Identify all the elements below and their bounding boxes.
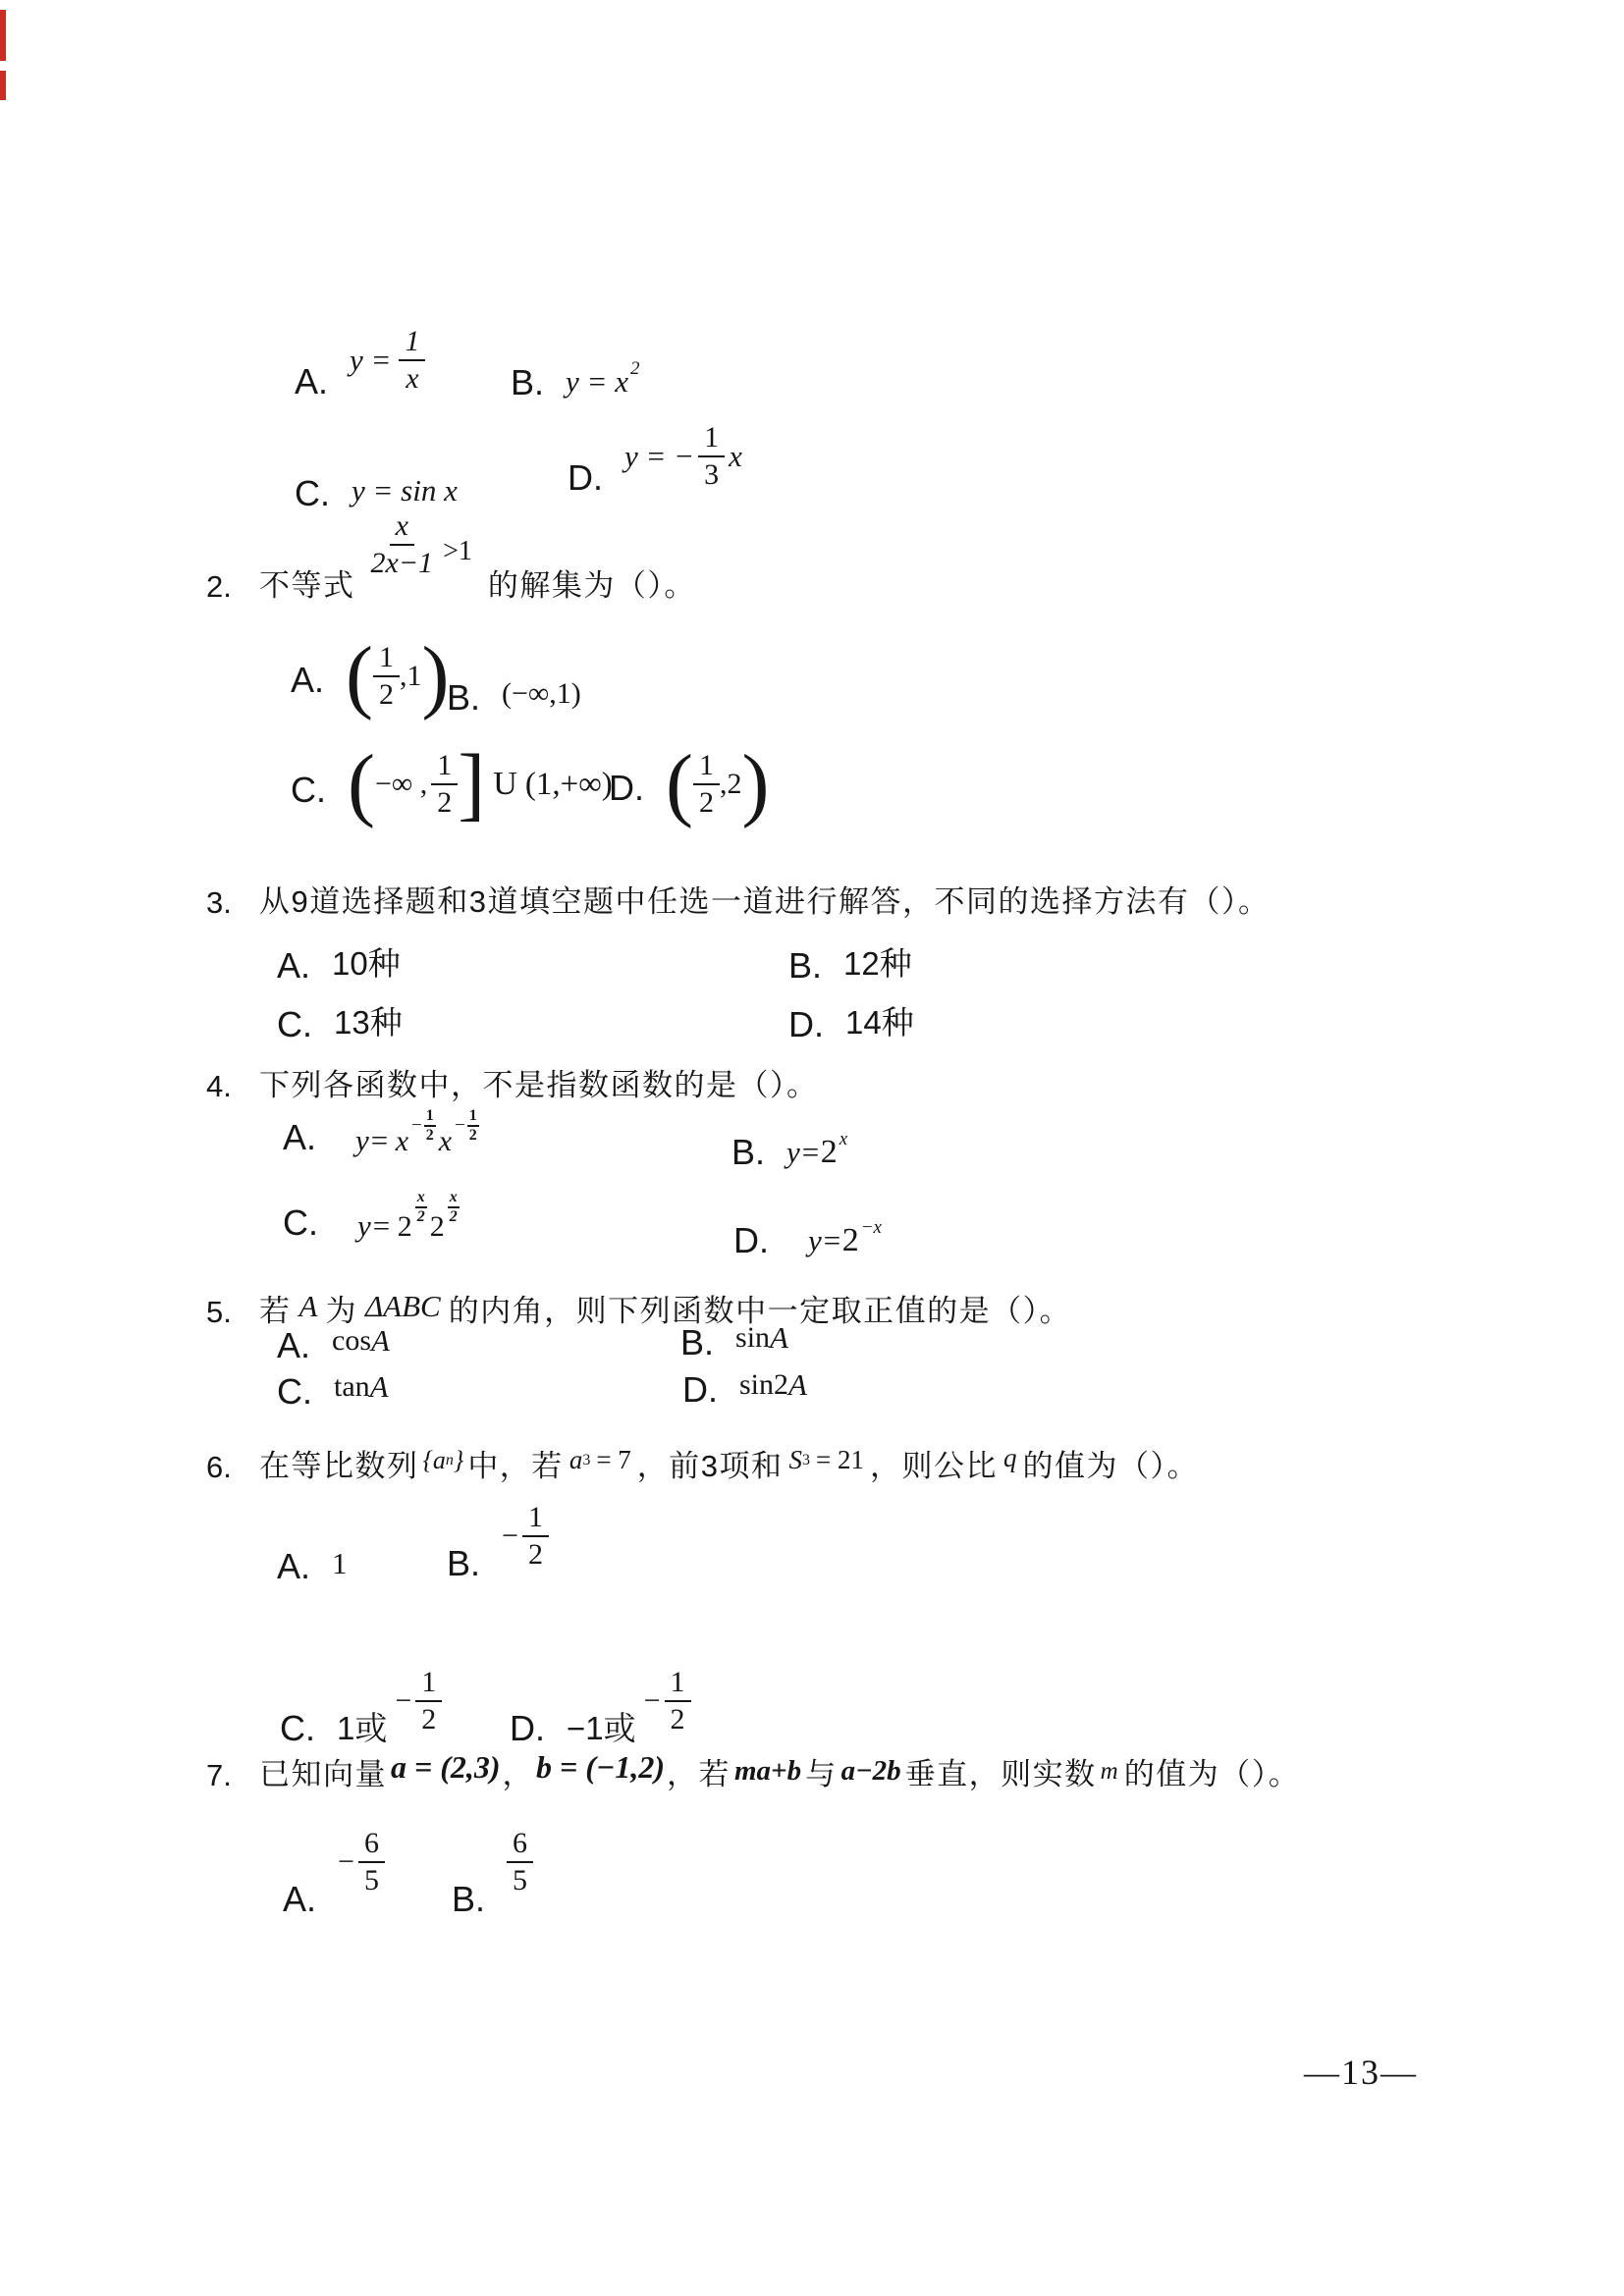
fraction-denominator: 5 bbox=[358, 1863, 385, 1898]
formula-base: y = x bbox=[566, 364, 628, 399]
trig-argument: A bbox=[370, 1369, 389, 1405]
six-fifths: 65 bbox=[507, 1826, 533, 1898]
interval-tail: ,2 bbox=[720, 768, 742, 801]
neg-one-half: − 12 bbox=[502, 1500, 549, 1573]
power-exponent: − 1 2 bbox=[411, 1107, 436, 1144]
q7-option-b: B. 65 bbox=[452, 1826, 533, 1920]
q3-option-c: C. 13种 bbox=[277, 997, 403, 1045]
formula-suffix: x bbox=[729, 439, 742, 474]
ratio-variable: q bbox=[1003, 1443, 1017, 1473]
fraction-denominator: 2 bbox=[665, 1702, 691, 1737]
page-number: —13— bbox=[1304, 2052, 1418, 2093]
question-number: 2. bbox=[206, 569, 259, 605]
formula-exponent: 2 bbox=[630, 358, 640, 379]
stem-text: 不等式 bbox=[259, 561, 355, 605]
angle-variable: A bbox=[299, 1289, 318, 1324]
fraction-numerator: 1 bbox=[522, 1500, 549, 1537]
fraction-numerator: x bbox=[415, 1189, 427, 1208]
option-label: D. bbox=[568, 457, 603, 499]
fraction-denominator: 2 bbox=[431, 785, 458, 821]
question-4-stem: 4. 下列各函数中，不是指数函数的是（）。 bbox=[206, 1060, 819, 1104]
stem-text: 下列各函数中，不是指数函数的是（）。 bbox=[259, 1060, 819, 1104]
option-label: C. bbox=[283, 1202, 318, 1244]
formula-prefix: y= bbox=[808, 1223, 842, 1257]
interval-tail: ,1 bbox=[400, 660, 422, 693]
option-label: C. bbox=[291, 770, 326, 811]
question-6-stem: 6. 在等比数列 {an} 中，若 a3= 7 ，前3项和 S3= 21 ，则公… bbox=[206, 1441, 1199, 1485]
trig-expression: cosA bbox=[332, 1323, 390, 1359]
formula-prefix: y = − bbox=[624, 439, 694, 474]
option-label: B. bbox=[511, 362, 544, 403]
fraction-numerator: 1 bbox=[467, 1107, 479, 1127]
power-expression: x − 1 2 x − 1 2 bbox=[396, 1107, 482, 1158]
stem-text: ，前3项和 bbox=[637, 1441, 784, 1485]
neg-six-fifths: − 65 bbox=[338, 1826, 385, 1898]
term-variable: a bbox=[569, 1445, 583, 1475]
fraction-numerator: 6 bbox=[507, 1826, 533, 1863]
sum-value: = 21 bbox=[816, 1445, 864, 1475]
option-label: D. bbox=[682, 1369, 718, 1411]
fraction-denominator: 2 bbox=[415, 1208, 427, 1226]
fraction-denominator: 2 bbox=[693, 785, 720, 821]
formula-prefix: y = bbox=[350, 343, 391, 378]
term-value: = 7 bbox=[596, 1445, 630, 1475]
power-base: 2 bbox=[821, 1134, 838, 1170]
vector-ma-plus-b: ma+b bbox=[734, 1755, 801, 1788]
q6-option-d: D. −1或 − 12 bbox=[510, 1665, 691, 1749]
exponent-fraction: x 2 bbox=[415, 1189, 427, 1225]
option-label: A. bbox=[283, 1879, 316, 1920]
q4-option-d: D. y=2−x bbox=[733, 1217, 882, 1261]
option-label: B. bbox=[680, 1322, 714, 1363]
fraction-numerator: 1 bbox=[373, 640, 400, 677]
sequence-close: } bbox=[454, 1446, 463, 1475]
option-value: 13种 bbox=[334, 997, 403, 1043]
question-number: 6. bbox=[206, 1450, 259, 1485]
option-label: D. bbox=[510, 1708, 545, 1749]
fraction: 1 3 bbox=[698, 420, 725, 493]
exponent-minus: − bbox=[411, 1115, 422, 1137]
fraction-numerator: x bbox=[448, 1189, 460, 1208]
option-label: D. bbox=[609, 768, 644, 809]
option-label: A. bbox=[277, 1325, 310, 1366]
sequence-open: {a bbox=[423, 1446, 446, 1475]
fraction-numerator: 1 bbox=[424, 1107, 436, 1127]
stem-text: 在等比数列 bbox=[259, 1441, 419, 1485]
fraction: 12 bbox=[522, 1500, 549, 1573]
trig-expression: sinA bbox=[735, 1320, 788, 1356]
option-value: 12种 bbox=[843, 938, 912, 985]
power-exponent: x 2 bbox=[415, 1189, 427, 1225]
fraction-numerator: 1 bbox=[431, 748, 458, 785]
q1-option-b: B. y = x2 bbox=[511, 358, 639, 403]
q6-option-b: B. − 12 bbox=[447, 1500, 549, 1584]
scan-artifact-mark bbox=[0, 10, 6, 61]
s3-equals-21: S3= 21 bbox=[789, 1445, 864, 1475]
option-label: C. bbox=[280, 1708, 315, 1749]
fraction-denominator: 2 bbox=[522, 1537, 549, 1573]
question-number: 7. bbox=[206, 1758, 259, 1793]
option-label: B. bbox=[731, 1132, 765, 1173]
power-exponent: x 2 bbox=[448, 1189, 460, 1225]
fraction-denominator: 3 bbox=[698, 457, 725, 493]
exponent-fraction: 1 2 bbox=[467, 1107, 479, 1144]
neg-one-half: − 12 bbox=[644, 1665, 691, 1737]
q1-option-d: D. y = − 1 3 x bbox=[568, 420, 742, 499]
option-label: B. bbox=[788, 945, 822, 987]
neg-infinity: −∞ , bbox=[375, 768, 427, 801]
open-paren: ( bbox=[348, 749, 375, 820]
option-label: D. bbox=[733, 1220, 769, 1261]
minus-sign: − bbox=[395, 1684, 411, 1718]
sequence-notation: {an} bbox=[423, 1446, 464, 1475]
option-label: B. bbox=[447, 677, 480, 719]
vector-b: b = (−1,2) bbox=[536, 1749, 665, 1786]
stem-text: 的值为（）。 bbox=[1023, 1441, 1200, 1485]
question-number: 5. bbox=[206, 1295, 259, 1330]
power-exponent: x bbox=[839, 1129, 847, 1149]
option-label: A. bbox=[277, 945, 310, 987]
stem-text: 垂直，则实数 bbox=[905, 1749, 1097, 1793]
formula-y-equals-sin-x: y = sin x bbox=[352, 473, 458, 508]
q3-option-b: B. 12种 bbox=[788, 938, 912, 987]
fraction-numerator: 6 bbox=[358, 1826, 385, 1863]
q2-option-d: D. ( 1 2 ,2 ) bbox=[609, 748, 769, 811]
q2-option-a: A. ( 1 2 ,1 ) bbox=[291, 640, 449, 703]
minus-sign: − bbox=[644, 1684, 661, 1718]
stem-text: 已知向量 bbox=[259, 1749, 387, 1793]
stem-text: ，则公比 bbox=[870, 1441, 998, 1485]
power-base: x bbox=[396, 1125, 408, 1158]
exponent-fraction: x 2 bbox=[448, 1189, 460, 1225]
interval-neg-inf-to-one: (−∞,1) bbox=[502, 677, 581, 711]
fraction-denominator: 2x−1 bbox=[365, 546, 440, 581]
power-base: x bbox=[439, 1125, 452, 1158]
option-label: A. bbox=[291, 660, 324, 701]
fraction: 12 bbox=[415, 1665, 442, 1737]
trig-function: sin2 bbox=[739, 1368, 788, 1402]
option-label: A. bbox=[283, 1117, 316, 1158]
fraction-denominator: 2 bbox=[373, 677, 400, 713]
option-value: 14种 bbox=[845, 997, 914, 1043]
formula-y-equals-x-squared: y = x2 bbox=[566, 358, 639, 400]
option-value: 10种 bbox=[332, 938, 401, 985]
interval-half-to-one: ( 1 2 ,1 ) bbox=[346, 640, 449, 713]
exam-document-page: A. y = 1 x B. y = x2 C. y = sin x D. y =… bbox=[0, 0, 1624, 2296]
inequality-fraction: x 2x−1 bbox=[365, 508, 440, 581]
vector-a-minus-2b: a−2b bbox=[841, 1755, 901, 1788]
stem-text: 的解集为（）。 bbox=[488, 561, 696, 605]
power-exponent: − 1 2 bbox=[455, 1107, 479, 1144]
q5-option-a: A. cosA bbox=[277, 1323, 390, 1366]
option-label: D. bbox=[788, 1004, 824, 1045]
power-base: 2 bbox=[430, 1210, 445, 1244]
formula-prefix: y= bbox=[355, 1123, 390, 1158]
scalar-m: m bbox=[1101, 1758, 1118, 1786]
fraction: 1 2 bbox=[693, 748, 720, 821]
triangle-abc: ΔABC bbox=[365, 1289, 441, 1324]
fraction-denominator: 2 bbox=[415, 1702, 442, 1737]
option-label: A. bbox=[295, 361, 328, 402]
fraction: 1 2 bbox=[431, 748, 458, 821]
close-paren: ) bbox=[422, 641, 450, 712]
q6-option-c: C. 1或 − 12 bbox=[280, 1665, 442, 1749]
option-label: C. bbox=[277, 1004, 312, 1045]
trig-function: sin bbox=[735, 1321, 770, 1355]
q4-option-b: B. y=2x bbox=[731, 1129, 847, 1173]
option-value-prefix: −1或 bbox=[567, 1703, 636, 1749]
scan-artifact-mark bbox=[0, 71, 6, 100]
fraction-numerator: 1 bbox=[698, 420, 725, 457]
q4-option-c: C. y= 2 x 2 2 x 2 bbox=[283, 1193, 462, 1244]
q5-option-b: B. sinA bbox=[680, 1320, 788, 1363]
exponent-fraction: 1 2 bbox=[424, 1107, 436, 1144]
power-exponent: −x bbox=[861, 1217, 882, 1238]
fraction-numerator: 1 bbox=[415, 1665, 442, 1702]
vector-a: a = (2,3) bbox=[391, 1749, 501, 1786]
stem-text: 的值为（）。 bbox=[1124, 1749, 1301, 1793]
stem-text: 中，若 bbox=[467, 1441, 564, 1485]
fraction: 65 bbox=[507, 1826, 533, 1898]
q3-option-a: A. 10种 bbox=[277, 938, 401, 987]
a3-equals-7: a3= 7 bbox=[569, 1445, 631, 1475]
sequence-subscript: n bbox=[446, 1452, 454, 1469]
q3-option-d: D. 14种 bbox=[788, 997, 914, 1045]
fraction-denominator: x bbox=[400, 361, 424, 397]
fraction-numerator: 1 bbox=[665, 1665, 691, 1702]
q2-option-c: C. ( −∞ , 1 2 ] U (1,+∞) bbox=[291, 748, 613, 813]
interval-one-to-inf: (1,+∞) bbox=[525, 767, 613, 803]
close-bracket: ] bbox=[458, 749, 485, 820]
question-number: 4. bbox=[206, 1069, 259, 1104]
open-paren: ( bbox=[346, 641, 373, 712]
sum-subscript: 3 bbox=[802, 1452, 810, 1469]
union-interval-formula: ( −∞ , 1 2 ] U (1,+∞) bbox=[348, 748, 613, 821]
q6-option-a: A. 1 bbox=[277, 1546, 348, 1587]
q1-option-a: A. y = 1 x bbox=[295, 324, 425, 402]
interval-half-to-two: ( 1 2 ,2 ) bbox=[666, 748, 769, 821]
stem-text: ， bbox=[503, 1749, 535, 1793]
option-label: B. bbox=[447, 1543, 480, 1584]
fraction-denominator: 2 bbox=[467, 1127, 479, 1145]
option-label: B. bbox=[452, 1879, 485, 1920]
formula-y-equals-2-pow-x: y=2x bbox=[786, 1129, 847, 1171]
power-base: 2 bbox=[842, 1222, 859, 1258]
fraction: 1 2 bbox=[373, 640, 400, 713]
formula-y-equals-2-pow-neg-x: y=2−x bbox=[808, 1217, 882, 1259]
stem-text: 与 bbox=[805, 1749, 838, 1793]
fraction: 65 bbox=[358, 1826, 385, 1898]
close-paren: ) bbox=[741, 749, 769, 820]
neg-one-half: − 12 bbox=[395, 1665, 442, 1737]
trig-expression: sin2A bbox=[739, 1367, 807, 1403]
fraction-numerator: x bbox=[390, 508, 414, 546]
formula-y-equals-neg-third-x: y = − 1 3 x bbox=[624, 420, 742, 493]
trig-function: tan bbox=[334, 1370, 370, 1404]
fraction-denominator: 5 bbox=[507, 1863, 533, 1898]
trig-expression: tanA bbox=[334, 1369, 389, 1405]
option-label: A. bbox=[277, 1546, 310, 1587]
option-label: C. bbox=[277, 1371, 312, 1413]
option-value-prefix: 1或 bbox=[337, 1703, 387, 1749]
power-expression: 2 x 2 2 x 2 bbox=[398, 1193, 462, 1244]
stem-text: 从9道选择题和3道填空题中任选一道进行解答，不同的选择方法有（）。 bbox=[259, 877, 1270, 921]
comparison: >1 bbox=[443, 536, 472, 567]
fraction-numerator: 1 bbox=[399, 324, 425, 361]
open-paren: ( bbox=[666, 749, 693, 820]
fraction-denominator: 2 bbox=[424, 1127, 436, 1145]
trig-argument: A bbox=[371, 1323, 390, 1359]
question-3-stem: 3. 从9道选择题和3道填空题中任选一道进行解答，不同的选择方法有（）。 bbox=[206, 877, 1270, 921]
q2-option-b: B. (−∞,1) bbox=[447, 677, 581, 719]
fraction-denominator: 2 bbox=[448, 1208, 460, 1226]
q5-option-c: C. tanA bbox=[277, 1369, 389, 1413]
trig-argument: A bbox=[770, 1320, 788, 1356]
trig-argument: A bbox=[788, 1367, 807, 1403]
option-value: 1 bbox=[332, 1546, 348, 1581]
question-2-stem: 2. 不等式 x 2x−1 >1 的解集为（）。 bbox=[206, 508, 696, 605]
sum-variable: S bbox=[789, 1445, 803, 1475]
fraction: 12 bbox=[665, 1665, 691, 1737]
exponent-minus: − bbox=[455, 1115, 465, 1137]
trig-function: cos bbox=[332, 1324, 371, 1358]
term-subscript: 3 bbox=[582, 1452, 590, 1469]
q7-option-a: A. − 65 bbox=[283, 1826, 385, 1920]
minus-sign: − bbox=[502, 1520, 518, 1553]
power-base: 2 bbox=[398, 1210, 412, 1244]
question-number: 3. bbox=[206, 885, 259, 921]
fraction-numerator: 1 bbox=[693, 748, 720, 785]
fraction: 1 x bbox=[399, 324, 425, 397]
union-symbol: U bbox=[493, 766, 517, 803]
stem-text: ，若 bbox=[667, 1749, 731, 1793]
question-7-stem: 7. 已知向量 a = (2,3) ， b = (−1,2) ，若 ma+b 与… bbox=[206, 1749, 1300, 1793]
formula-prefix: y= bbox=[357, 1208, 392, 1244]
minus-sign: − bbox=[338, 1845, 354, 1879]
formula-prefix: y= bbox=[786, 1135, 821, 1169]
q5-option-d: D. sin2A bbox=[682, 1367, 807, 1411]
q4-option-a: A. y= x − 1 2 x − 1 2 bbox=[283, 1107, 482, 1158]
formula-y-equals-1-over-x: y = 1 x bbox=[350, 324, 425, 397]
